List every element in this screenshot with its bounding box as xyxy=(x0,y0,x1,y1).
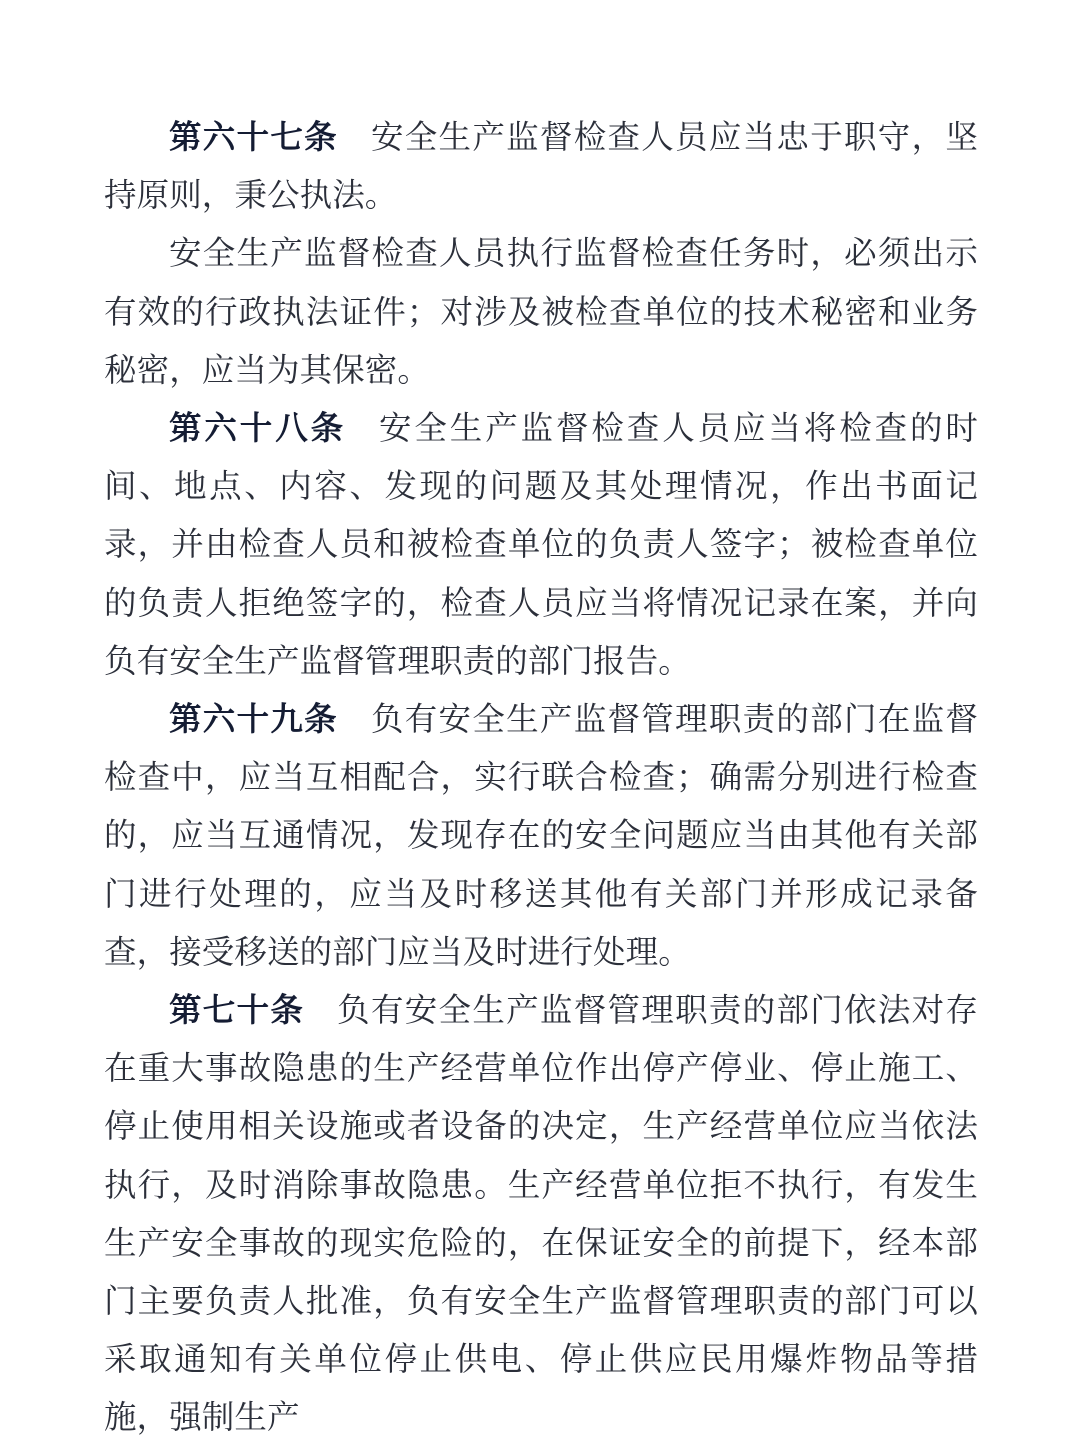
article-number: 第六十七条 xyxy=(169,118,338,156)
document-page: 第六十七条安全生产监督检查人员应当忠于职守，坚持原则，秉公执法。 安全生产监督检… xyxy=(104,108,978,1447)
article-text: 安全生产监督检查人员执行监督检查任务时，必须出示有效的行政执法证件；对涉及被检查… xyxy=(104,234,978,388)
article-68-paragraph-1: 第六十八条安全生产监督检查人员应当将检查的时间、地点、内容、发现的问题及其处理情… xyxy=(104,399,978,690)
article-67-paragraph-1: 第六十七条安全生产监督检查人员应当忠于职守，坚持原则，秉公执法。 xyxy=(104,108,978,224)
article-number: 第六十八条 xyxy=(169,409,346,447)
article-text: 负有安全生产监督管理职责的部门依法对存在重大事故隐患的生产经营单位作出停产停业、… xyxy=(104,991,978,1436)
article-69-paragraph-1: 第六十九条负有安全生产监督管理职责的部门在监督检查中，应当互相配合，实行联合检查… xyxy=(104,690,978,981)
article-number: 第六十九条 xyxy=(169,700,338,738)
article-70-paragraph-1: 第七十条负有安全生产监督管理职责的部门依法对存在重大事故隐患的生产经营单位作出停… xyxy=(104,981,978,1447)
article-text: 安全生产监督检查人员应当将检查的时间、地点、内容、发现的问题及其处理情况，作出书… xyxy=(104,409,978,680)
article-text: 负有安全生产监督管理职责的部门在监督检查中，应当互相配合，实行联合检查；确需分别… xyxy=(104,700,978,971)
article-67-paragraph-2: 安全生产监督检查人员执行监督检查任务时，必须出示有效的行政执法证件；对涉及被检查… xyxy=(104,224,978,399)
article-number: 第七十条 xyxy=(169,991,304,1029)
